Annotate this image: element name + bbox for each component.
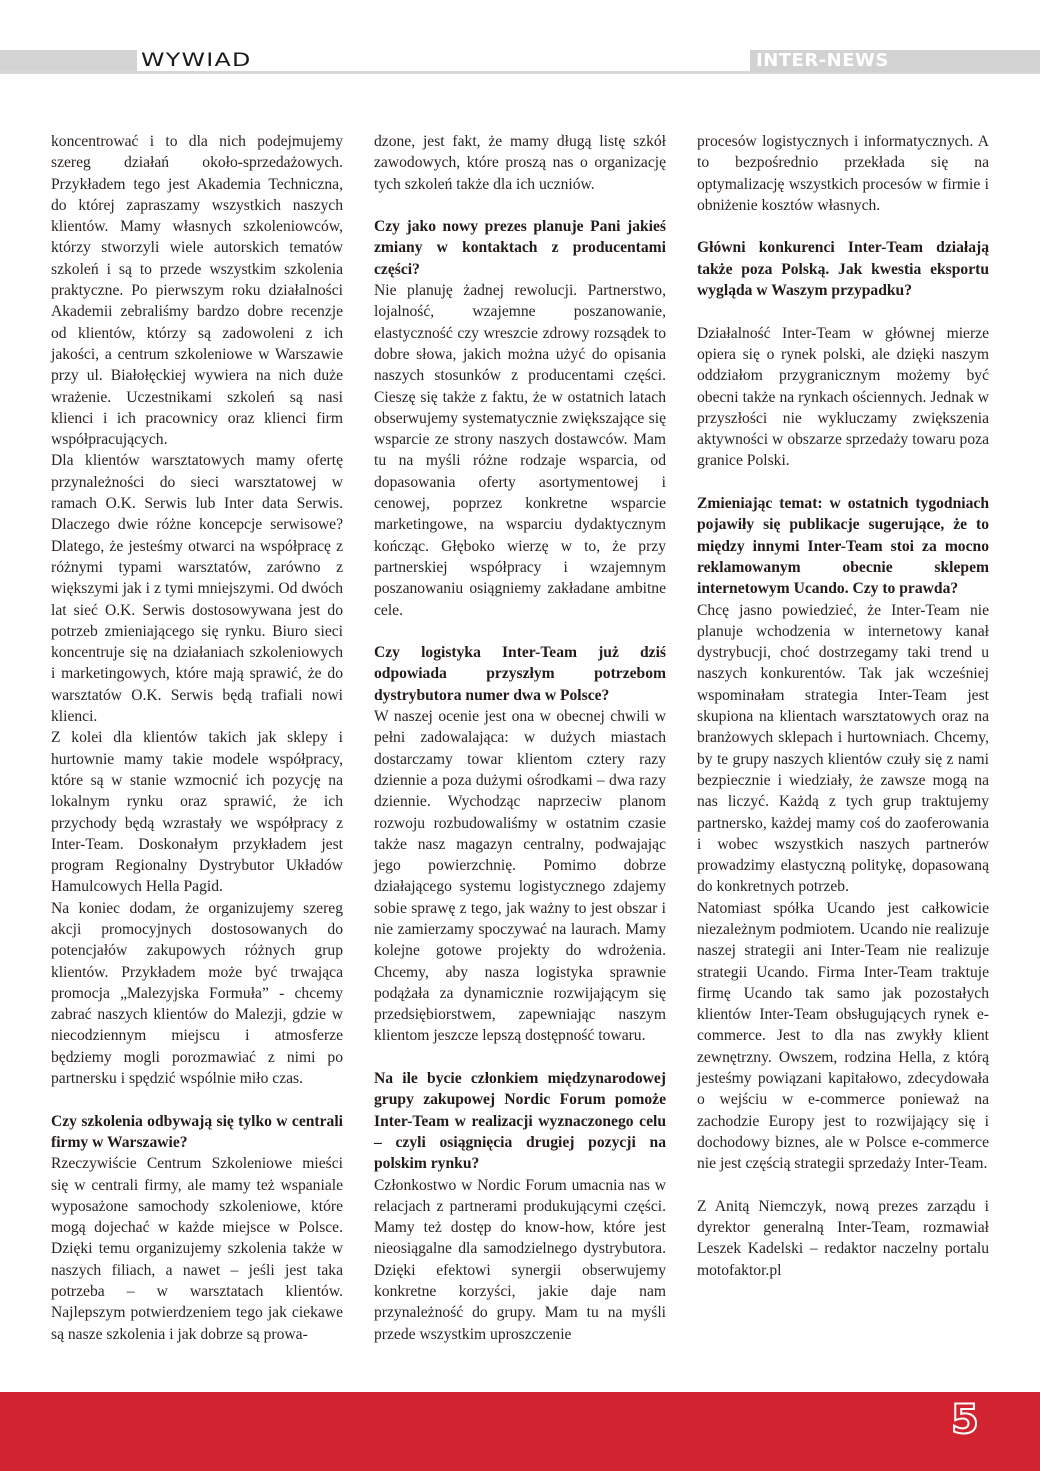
answer-paragraph: Na koniec dodam, że organizujemy szereg … — [51, 898, 343, 1090]
interview-question: Czy jako nowy prezes planuje Pani jakieś… — [374, 216, 666, 280]
interview-question: Główni konkurenci Inter-Team działają ta… — [697, 237, 989, 301]
answer-paragraph: W naszej ocenie jest ona w obecnej chwil… — [374, 706, 666, 1047]
answer-paragraph: koncentrować i to dla nich podejmujemy s… — [51, 131, 343, 450]
answer-paragraph: Natomiast spółka Ucando jest całkowicie … — [697, 898, 989, 1175]
page-number: 5 — [951, 1398, 979, 1442]
answer-paragraph: Z kolei dla klientów takich jak sklepy i… — [51, 727, 343, 897]
paragraph-spacer — [51, 1089, 343, 1110]
article-column-1: koncentrować i to dla nich podejmujemy s… — [51, 131, 343, 1345]
interview-question: Czy szkolenia odbywają się tylko w centr… — [51, 1111, 343, 1154]
article-column-3: procesów logistycznych i informatycznych… — [697, 131, 989, 1281]
answer-paragraph: Nie planuję żadnej rewolucji. Partnerstw… — [374, 280, 666, 621]
paragraph-spacer — [374, 1047, 666, 1068]
article-column-2: dzone, jest fakt, że mamy długą listę sz… — [374, 131, 666, 1345]
answer-paragraph: procesów logistycznych i informatycznych… — [697, 131, 989, 216]
answer-paragraph: Działalność Inter-Team w głównej mierze … — [697, 323, 989, 472]
answer-paragraph: Dla klientów warsztatowych mamy ofertę p… — [51, 450, 343, 727]
section-title: WYWIAD — [141, 49, 252, 71]
answer-paragraph: Rzeczywiście Centrum Szkoleniowe mieści … — [51, 1153, 343, 1345]
interview-question: Zmieniając temat: w ostatnich tygodniach… — [697, 493, 989, 599]
header-gray-block-left — [0, 50, 137, 72]
paragraph-spacer — [697, 1175, 989, 1196]
footer-band — [0, 1392, 1040, 1471]
answer-paragraph: Z Anitą Niemczyk, nową prezes zarządu i … — [697, 1196, 989, 1281]
answer-paragraph: Chcę jasno powiedzieć, że Inter-Team nie… — [697, 600, 989, 898]
paragraph-spacer — [374, 621, 666, 642]
paragraph-spacer — [374, 195, 666, 216]
answer-paragraph: dzone, jest fakt, że mamy długą listę sz… — [374, 131, 666, 195]
answer-paragraph: Członkostwo w Nordic Forum umacnia nas w… — [374, 1175, 666, 1345]
paragraph-spacer — [697, 216, 989, 237]
publication-name: INTER-NEWS — [756, 50, 889, 72]
paragraph-spacer — [697, 472, 989, 493]
interview-question: Czy logistyka Inter-Team już dziś odpowi… — [374, 642, 666, 706]
paragraph-spacer — [697, 301, 989, 322]
interview-question: Na ile bycie członkiem międzynarodowej g… — [374, 1068, 666, 1174]
